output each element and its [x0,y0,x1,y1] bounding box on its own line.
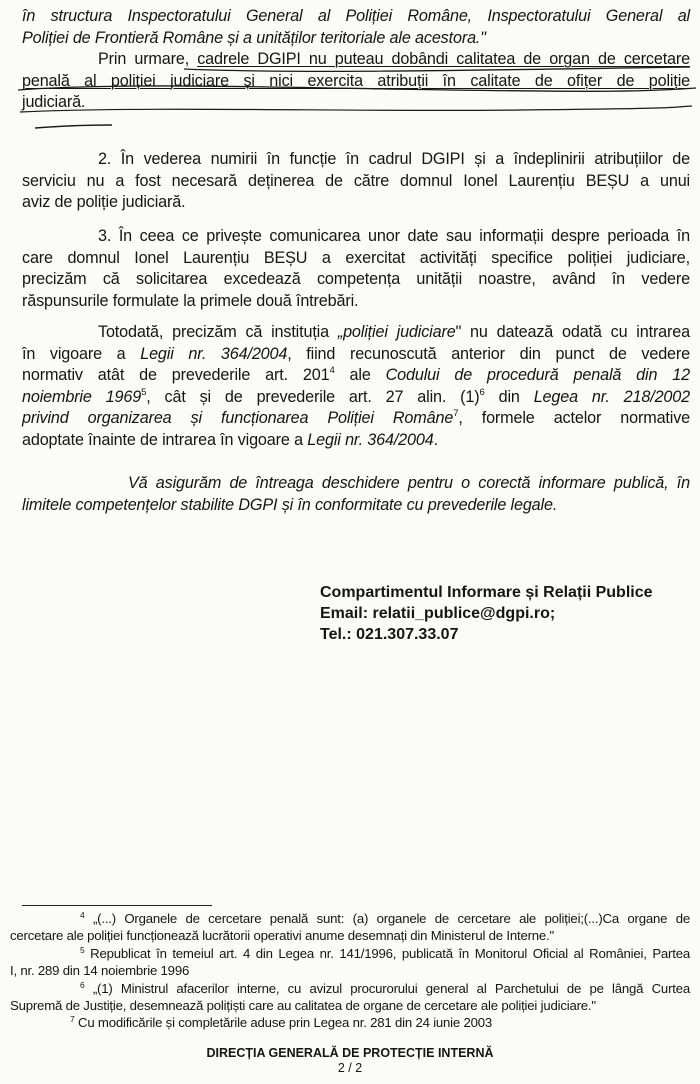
contact-email[interactable]: Email: relatii_publice@dgpi.ro; [320,603,653,624]
footnote-line: 7 Cu modificările și completările aduse … [10,1014,690,1031]
footnote-4: 4 „(...) Organele de cercetare penală su… [10,910,690,944]
footer-institution: DIRECȚIA GENERALĂ DE PROTECȚIE INTERNĂ [0,1046,700,1061]
footnote-line: Supremă de Justiție, desemnează polițișt… [10,997,690,1014]
text-line: 3. În ceea ce privește comunicarea unor … [22,226,690,248]
text-line: serviciu nu a fost necesară deținerea de… [22,171,690,193]
footnote-divider [22,905,212,906]
page-number: 2 / 2 [0,1061,700,1076]
text-line: Vă asigurăm de întreaga deschidere pentr… [22,473,690,495]
underlined-text: cadrele DGIPI nu puteau dobândi calitate… [197,50,690,68]
text-line: Poliției de Frontieră Române și a unităț… [22,28,690,50]
footnote-line: 5 Republicat în temeiul art. 4 din Legea… [10,945,690,962]
answer-point-2: 2. În vederea numirii în funcție în cadr… [22,149,690,214]
footnote-5: 5 Republicat în temeiul art. 4 din Legea… [10,945,690,979]
footnote-line: 4 „(...) Organele de cercetare penală su… [10,910,690,927]
text-line: aviz de poliție judiciară. [22,192,690,214]
text-line: privind organizarea și funcționarea Poli… [22,408,690,430]
text-line: normativ atât de prevederile art. 2014 a… [22,365,690,387]
department-name: Compartimentul Informare și Relații Publ… [320,582,653,603]
underlined-text: judiciară. [22,92,690,114]
text-line: răspunsurile formulate la primele două î… [22,291,690,313]
footnote-line: cercetare ale poliției funcționează lucr… [10,927,690,944]
contact-phone: Tel.: 021.307.33.07 [320,624,653,645]
text-line: în vigoare a Legii nr. 364/2004, fiind r… [22,344,690,366]
text-line: 2. În vederea numirii în funcție în cadr… [22,149,690,171]
footnote-6: 6 „(1) Ministrul afacerilor interne, cu … [10,980,690,1014]
text-line: precizăm că solicitarea excedează compet… [22,269,690,291]
text-line: noiembrie 19695, cât și de prevederile a… [22,387,690,409]
footnote-line: I, nr. 289 din 14 noiembrie 1996 [10,962,690,979]
text-line: Prin urmare, cadrele DGIPI nu puteau dob… [22,49,690,71]
legal-basis-paragraph: Totodată, precizăm că instituția „poliți… [22,322,690,451]
quote-continuation: în structura Inspectoratului General al … [22,6,690,49]
text-line: limitele competențelor stabilite DGPI și… [22,495,690,517]
text-line: care domnul Ionel Laurențiu BEȘU a exerc… [22,248,690,270]
text-line: Totodată, precizăm că instituția „poliți… [22,322,690,344]
footnote-line: 6 „(1) Ministrul afacerilor interne, cu … [10,980,690,997]
footnote-7: 7 Cu modificările și completările aduse … [10,1014,690,1031]
conclusion-paragraph: Prin urmare, cadrele DGIPI nu puteau dob… [22,49,690,114]
text-line: adoptate înainte de intrarea în vigoare … [22,430,690,452]
text-line: în structura Inspectoratului General al … [22,6,690,28]
page-footer: DIRECȚIA GENERALĂ DE PROTECȚIE INTERNĂ 2… [0,1046,700,1076]
closing-paragraph: Vă asigurăm de întreaga deschidere pentr… [22,473,690,516]
underlined-text: penală al poliției judiciare și nici exe… [22,71,690,93]
signature-block: Compartimentul Informare și Relații Publ… [320,582,653,645]
document-page: în structura Inspectoratului General al … [0,0,700,1084]
answer-point-3: 3. În ceea ce privește comunicarea unor … [22,226,690,312]
